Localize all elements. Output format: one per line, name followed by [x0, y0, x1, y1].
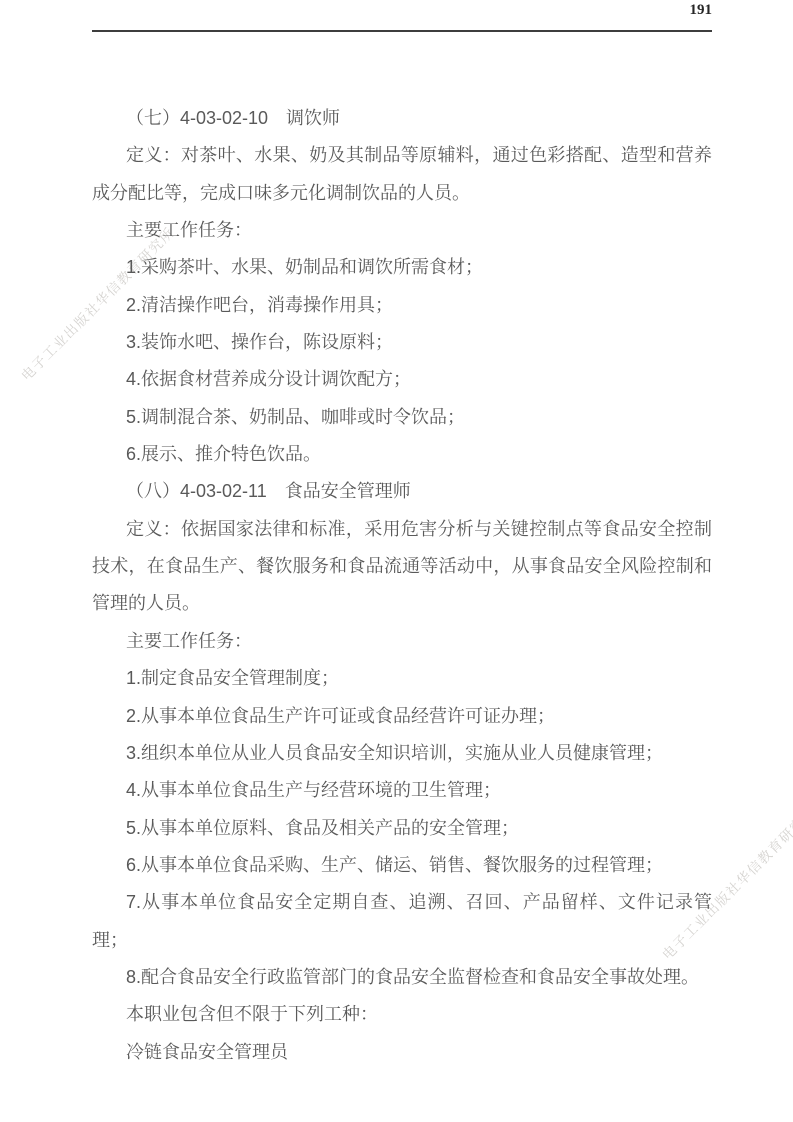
text-line: 本职业包含但不限于下列工种：	[92, 996, 712, 1033]
text-line: 成分配比等，完成口味多元化调制饮品的人员。	[92, 175, 712, 212]
text-line: 4.从事本单位食品生产与经营环境的卫生管理；	[92, 772, 712, 809]
text-line: （七）4-03-02-10 调饮师	[92, 100, 712, 137]
page-number: 191	[690, 2, 713, 19]
text-line: 管理的人员。	[92, 585, 712, 622]
text-line: 1.制定食品安全管理制度；	[92, 660, 712, 697]
text-line: 3.装饰水吧、操作台，陈设原料；	[92, 324, 712, 361]
text-line: 6.展示、推介特色饮品。	[92, 436, 712, 473]
document-body: （七）4-03-02-10 调饮师定义：对茶叶、水果、奶及其制品等原辅料，通过色…	[92, 100, 712, 1071]
text-line: 4.依据食材营养成分设计调饮配方；	[92, 361, 712, 398]
text-line: 5.调制混合茶、奶制品、咖啡或时令饮品；	[92, 399, 712, 436]
text-line: 主要工作任务：	[92, 623, 712, 660]
text-line: 定义：依据国家法律和标准，采用危害分析与关键控制点等食品安全控制	[92, 511, 712, 548]
text-line: 6.从事本单位食品采购、生产、储运、销售、餐饮服务的过程管理；	[92, 847, 712, 884]
text-line: 2.清洁操作吧台，消毒操作用具；	[92, 287, 712, 324]
text-line: 5.从事本单位原料、食品及相关产品的安全管理；	[92, 810, 712, 847]
text-line: 1.采购茶叶、水果、奶制品和调饮所需食材；	[92, 249, 712, 286]
text-line: 冷链食品安全管理员	[92, 1034, 712, 1071]
text-line: 主要工作任务：	[92, 212, 712, 249]
text-line: 8.配合食品安全行政监管部门的食品安全监督检查和食品安全事故处理。	[92, 959, 712, 996]
text-line: 理；	[92, 922, 712, 959]
document-page: 191 电子工业出版社华信教育研究所 电子工业出版社华信教育研究所 （七）4-0…	[0, 0, 793, 1122]
text-line: 定义：对茶叶、水果、奶及其制品等原辅料，通过色彩搭配、造型和营养	[92, 137, 712, 174]
text-line: 3.组织本单位从业人员食品安全知识培训，实施从业人员健康管理；	[92, 735, 712, 772]
text-line: 7.从事本单位食品安全定期自查、追溯、召回、产品留样、文件记录管	[92, 884, 712, 921]
text-line: （八）4-03-02-11 食品安全管理师	[92, 473, 712, 510]
header-rule	[92, 30, 712, 32]
text-line: 2.从事本单位食品生产许可证或食品经营许可证办理；	[92, 698, 712, 735]
text-line: 技术，在食品生产、餐饮服务和食品流通等活动中，从事食品安全风险控制和	[92, 548, 712, 585]
